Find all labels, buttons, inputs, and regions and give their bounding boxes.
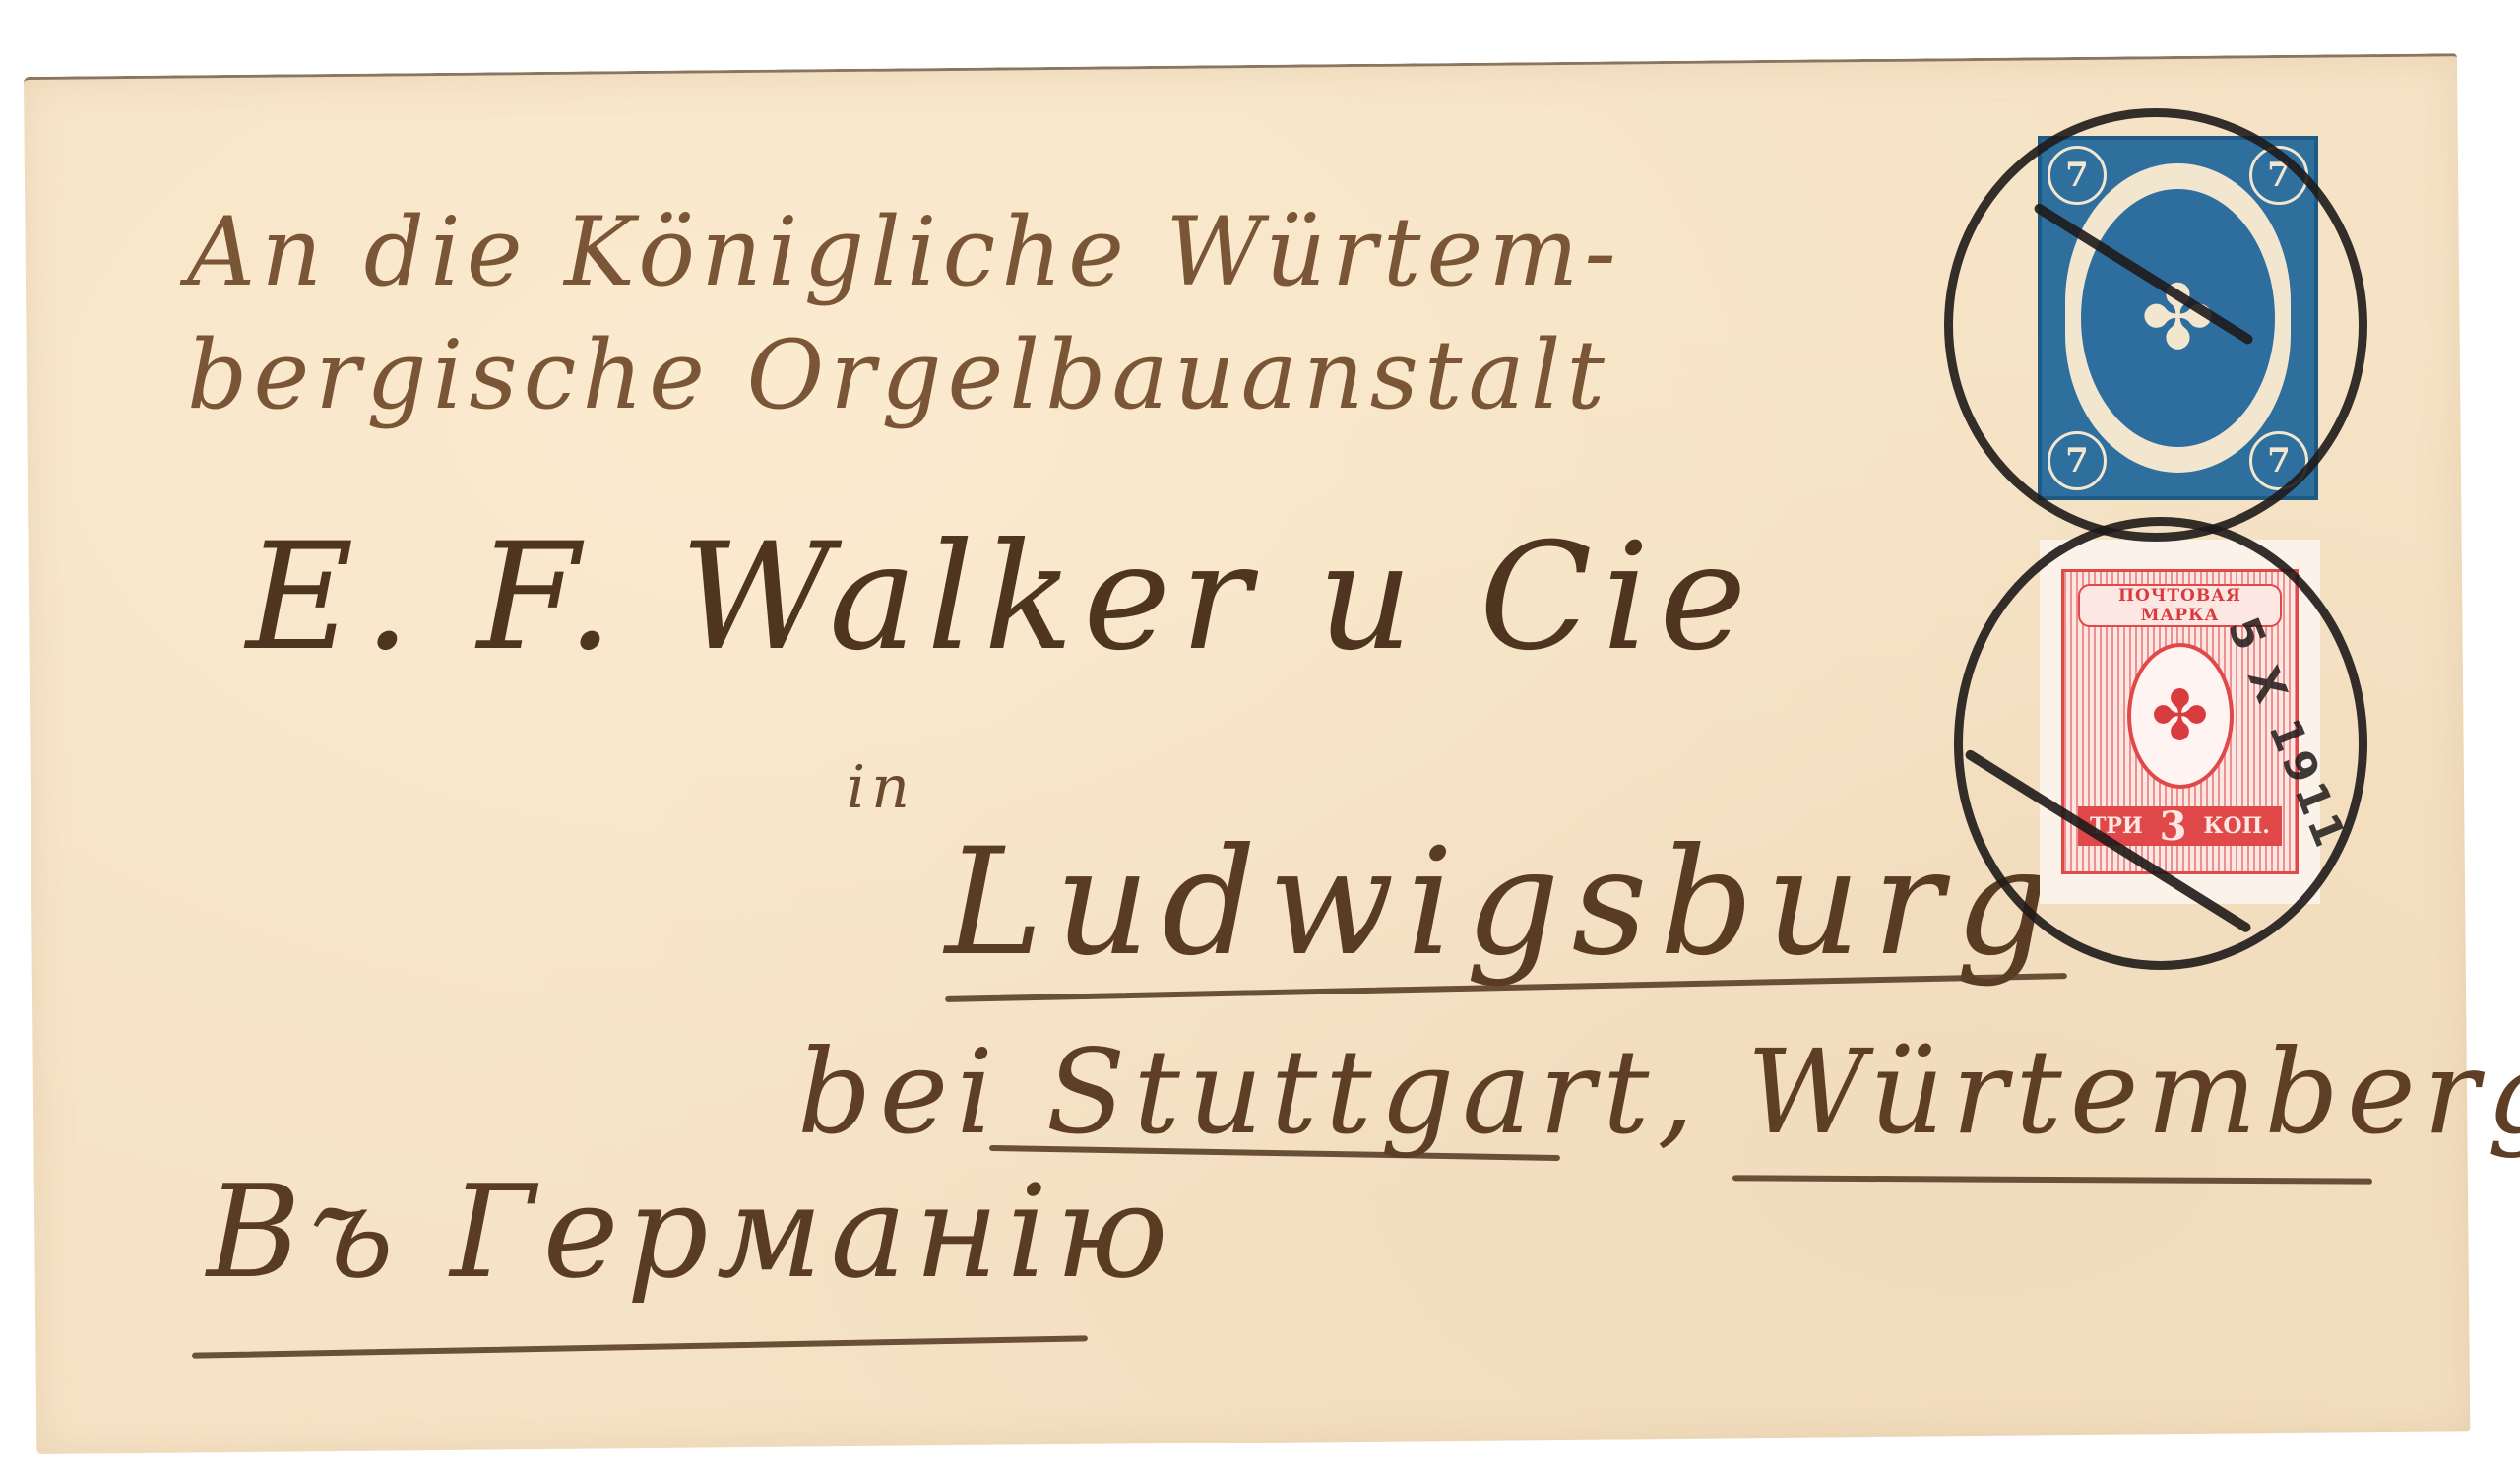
address-line-1: An die Königliche Würtem- xyxy=(187,197,1622,307)
address-preposition: in xyxy=(847,753,915,822)
destination-country-russian: Въ Германію xyxy=(207,1157,1176,1307)
destination-city: Ludwigsburg xyxy=(945,817,2061,989)
address-line-2: bergische Orgelbauanstalt xyxy=(187,320,1610,430)
destination-region: bei Stuttgart, Würtemberg xyxy=(797,1024,2520,1160)
recipient-name: E. F. Walker u Cie xyxy=(246,512,1756,683)
postmark-upper xyxy=(1944,108,2367,542)
